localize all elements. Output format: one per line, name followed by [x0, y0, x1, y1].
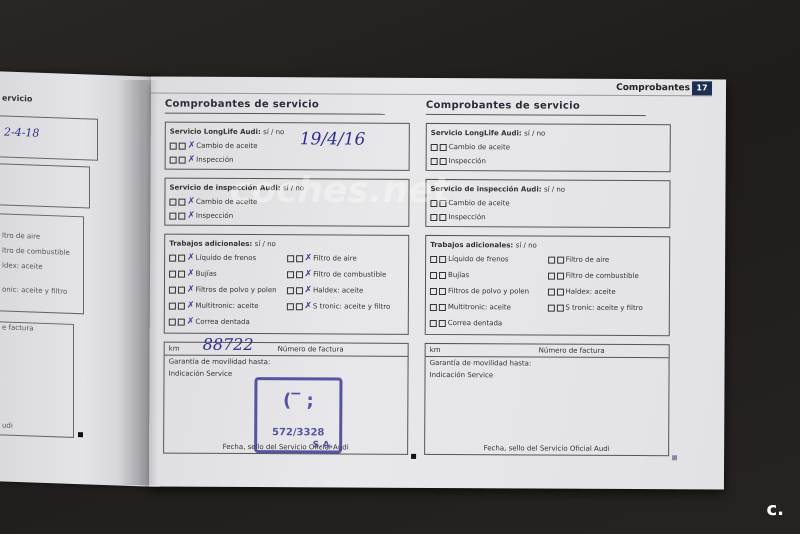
list-item: Filtro de combustible — [547, 269, 665, 286]
check-mark: ✗ — [305, 269, 313, 279]
item-label: Bujías — [448, 271, 469, 279]
adicionales-box: Trabajos adicionales: sí / no ✗Líquido d… — [164, 234, 410, 335]
checkbox[interactable] — [178, 212, 185, 219]
list-item: ✗Inspección — [170, 153, 405, 168]
checkbox[interactable] — [431, 157, 438, 164]
item-label: Correa dentada — [448, 319, 502, 327]
checkbox[interactable] — [430, 303, 437, 310]
checkbox[interactable] — [178, 302, 185, 309]
checkbox[interactable] — [547, 288, 554, 295]
checkbox[interactable] — [547, 304, 554, 311]
checkbox[interactable] — [169, 318, 176, 325]
checkbox[interactable] — [439, 288, 446, 295]
page-number: 17 — [692, 81, 712, 95]
checkbox[interactable] — [169, 302, 176, 309]
list-item: ✗Cambio de aceite — [170, 139, 405, 154]
item-label: Inspección — [448, 213, 485, 221]
page-header: Comprobantes — [616, 83, 690, 93]
left-invoice: e factura — [2, 323, 33, 332]
list-item: Multitronic: aceite — [430, 300, 548, 317]
adicionales-box: Trabajos adicionales: sí / no Líquido de… — [425, 235, 671, 336]
left-item: ltro de aire — [2, 231, 40, 240]
check-mark: ✗ — [188, 155, 196, 165]
checkbox[interactable] — [430, 255, 437, 262]
item-label: Líquido de frenos — [448, 255, 509, 263]
invoice-box: kmNúmero de factura Garantía de movilida… — [163, 342, 409, 455]
checkbox[interactable] — [178, 254, 185, 261]
km-label: km — [169, 343, 180, 355]
item-label: Filtro de combustible — [313, 270, 386, 278]
item-label: Haldex: aceite — [565, 288, 615, 296]
checkbox[interactable] — [556, 304, 563, 311]
list-item: Correa dentada — [430, 316, 548, 333]
left-box-4 — [0, 321, 74, 438]
list-item: ✗Filtro de combustible — [286, 267, 404, 284]
bullet-marker — [411, 454, 416, 459]
check-mark: ✗ — [187, 269, 195, 279]
list-item: ✗Bujías — [169, 267, 287, 284]
check-mark: ✗ — [187, 253, 195, 263]
checkbox[interactable] — [440, 158, 447, 165]
adicionales-options: sí / no — [516, 241, 537, 249]
checkbox[interactable] — [439, 256, 446, 263]
right-page: Comprobantes 17 Comprobantes de servicio… — [149, 76, 726, 489]
check-mark: ✗ — [304, 285, 312, 295]
item-label: Cambio de aceite — [449, 143, 510, 151]
checkbox[interactable] — [170, 142, 177, 149]
checkbox[interactable] — [439, 272, 446, 279]
adicionales-label: Trabajos adicionales: — [430, 241, 513, 249]
item-label: Líquido de frenos — [196, 254, 257, 262]
checkbox[interactable] — [556, 288, 563, 295]
list-item: ✗S tronic: aceite y filtro — [286, 299, 404, 316]
section-title: Comprobantes de servicio — [165, 99, 385, 115]
list-item: ✗Líquido de frenos — [169, 251, 287, 268]
list-item: S tronic: aceite y filtro — [547, 301, 665, 318]
section-title: Comprobantes de servicio — [426, 100, 646, 116]
item-label: Inspección — [449, 157, 486, 165]
item-label: Bujías — [196, 270, 217, 278]
checkbox[interactable] — [179, 142, 186, 149]
item-label: Multitronic: aceite — [195, 302, 258, 310]
longlife-label: Servicio LongLife Audi: — [170, 128, 261, 136]
list-item: Líquido de frenos — [430, 252, 548, 269]
left-footer: udi — [2, 421, 13, 429]
stamp-text: S.A. — [313, 440, 334, 450]
list-item: ✗Correa dentada — [169, 315, 287, 332]
longlife-box: Servicio LongLife Audi: sí / noCambio de… — [426, 123, 671, 172]
checkbox[interactable] — [439, 304, 446, 311]
checkbox[interactable] — [169, 254, 176, 261]
check-mark: ✗ — [187, 317, 195, 327]
item-label: S tronic: aceite y filtro — [565, 304, 642, 312]
list-item: ✗Filtro de aire — [287, 251, 405, 268]
longlife-options: sí / no — [524, 129, 545, 137]
handwritten-date: 19/4/16 — [300, 129, 366, 149]
list-item: ✗Filtros de polvo y polen — [169, 283, 287, 300]
checkbox[interactable] — [286, 287, 293, 294]
item-label: Filtro de combustible — [566, 272, 639, 280]
longlife-box: Servicio LongLife Audi: sí / no✗Cambio d… — [165, 122, 410, 171]
checkbox[interactable] — [169, 286, 176, 293]
check-mark: ✗ — [304, 301, 312, 311]
checkbox[interactable] — [178, 198, 185, 205]
logo: c. — [766, 499, 784, 520]
left-item: ldex: aceite — [2, 261, 43, 270]
check-mark: ✗ — [187, 197, 195, 207]
indicacion-label: Indicación Service — [425, 369, 668, 382]
list-item: ✗Multitronic: aceite — [169, 299, 287, 316]
longlife-options: sí / no — [263, 128, 284, 136]
bullet-marker — [672, 455, 677, 460]
column-right: Comprobantes de servicio Servicio LongLi… — [424, 100, 671, 456]
checkbox[interactable] — [169, 212, 176, 219]
checkbox[interactable] — [295, 303, 302, 310]
checkbox[interactable] — [287, 271, 294, 278]
checkbox[interactable] — [557, 256, 564, 263]
check-mark: ✗ — [187, 285, 195, 295]
checkbox[interactable] — [440, 144, 447, 151]
list-item: Filtros de polvo y polen — [430, 284, 548, 301]
check-mark: ✗ — [187, 211, 195, 221]
invoice-box: kmNúmero de factura Garantía de movilida… — [424, 343, 670, 456]
item-label: Cambio de aceite — [196, 142, 257, 150]
invoice-label: Número de factura — [539, 345, 605, 357]
checkbox[interactable] — [286, 303, 293, 310]
checkbox[interactable] — [178, 270, 185, 277]
item-label: Filtros de polvo y polen — [448, 287, 529, 295]
handwritten-km: 88722 — [203, 335, 254, 354]
left-box-2 — [0, 163, 90, 209]
list-item: Cambio de aceite — [430, 196, 665, 211]
checkbox[interactable] — [548, 272, 555, 279]
inspeccion-options: sí / no — [544, 186, 565, 194]
left-handwritten-date: 2-4-18 — [4, 126, 39, 140]
list-item: Inspección — [430, 210, 665, 225]
stamp-code: 572/3328 — [257, 427, 339, 438]
km-label: km — [430, 344, 441, 356]
checkbox[interactable] — [170, 156, 177, 163]
checkbox[interactable] — [296, 255, 303, 262]
check-mark: ✗ — [188, 141, 196, 151]
checkbox[interactable] — [169, 198, 176, 205]
checkbox[interactable] — [178, 318, 185, 325]
bullet-marker — [78, 432, 83, 437]
checkbox[interactable] — [296, 271, 303, 278]
footer-label: Fecha, sello del Servicio Oficial Audi — [425, 444, 668, 453]
item-label: Haldex: aceite — [313, 286, 363, 294]
item-label: Inspección — [196, 156, 233, 164]
item-label: Filtros de polvo y polen — [195, 286, 276, 294]
checkbox[interactable] — [430, 213, 437, 220]
checkbox[interactable] — [439, 320, 446, 327]
column-left: Comprobantes de servicio Servicio LongLi… — [163, 99, 410, 455]
checkbox[interactable] — [169, 270, 176, 277]
check-mark: ✗ — [305, 253, 313, 263]
book-gutter — [118, 80, 158, 485]
list-item: Filtro de aire — [548, 253, 666, 270]
checkbox[interactable] — [295, 287, 302, 294]
item-label: Inspección — [196, 212, 233, 220]
checkbox[interactable] — [287, 255, 294, 262]
list-item: Cambio de aceite — [431, 140, 666, 155]
item-label: Filtro de aire — [313, 254, 357, 262]
list-item: ✗Haldex: aceite — [286, 283, 404, 300]
check-mark: ✗ — [187, 301, 195, 311]
adicionales-label: Trabajos adicionales: — [169, 240, 252, 248]
item-label: S tronic: aceite y filtro — [313, 302, 390, 310]
checkbox[interactable] — [557, 272, 564, 279]
checkbox[interactable] — [178, 286, 185, 293]
watermark: coches.net — [230, 170, 450, 211]
header-rule — [151, 92, 712, 96]
list-item: Inspección — [431, 154, 666, 169]
checkbox[interactable] — [430, 319, 437, 326]
checkbox[interactable] — [430, 287, 437, 294]
adicionales-options: sí / no — [255, 240, 276, 248]
inspeccion-box: Servicio de inspección Audi: sí / noCamb… — [425, 179, 670, 228]
dealer-stamp: (‾ ;572/3328S.A. — [254, 377, 342, 453]
list-item: Bujías — [430, 268, 548, 285]
checkbox[interactable] — [430, 271, 437, 278]
item-label: Correa dentada — [195, 318, 249, 326]
invoice-label: Número de factura — [278, 343, 344, 355]
checkbox[interactable] — [439, 214, 446, 221]
left-page-title: ervicio — [2, 93, 32, 103]
item-label: Filtro de aire — [566, 256, 610, 264]
item-label: Multitronic: aceite — [448, 303, 511, 311]
item-label: Cambio de aceite — [448, 199, 509, 207]
checkbox[interactable] — [548, 256, 555, 263]
list-item: Haldex: aceite — [547, 285, 665, 302]
checkbox[interactable] — [179, 156, 186, 163]
longlife-label: Servicio LongLife Audi: — [431, 129, 522, 137]
checkbox[interactable] — [431, 143, 438, 150]
